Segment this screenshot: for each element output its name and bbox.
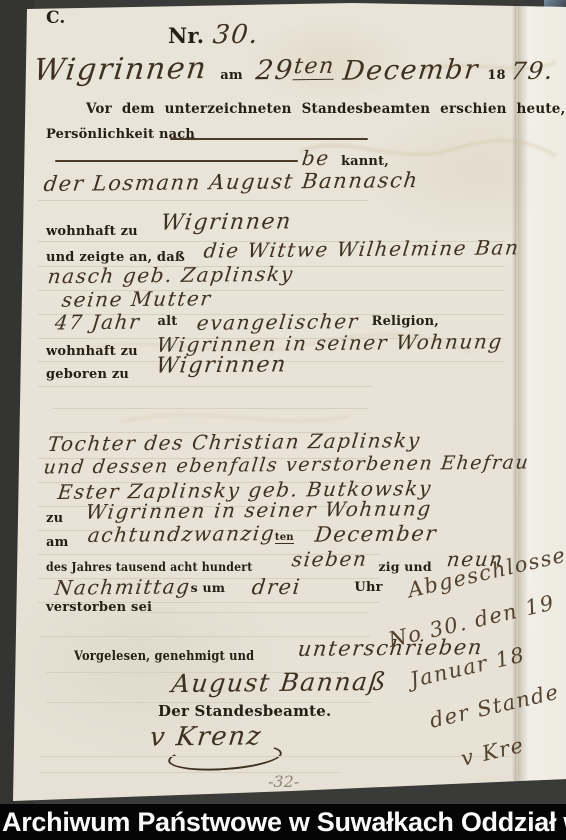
zu-label: zu bbox=[46, 511, 63, 526]
dateline-place: Wigrinnen bbox=[32, 51, 209, 88]
vorgelesen-label: Vorgelesen, genehmigt und bbox=[74, 649, 254, 664]
bekannt-print: kannt, bbox=[341, 154, 389, 169]
dateline-century: 18 bbox=[487, 68, 506, 83]
form-series-letter: C. bbox=[46, 8, 66, 28]
handdrawn-line bbox=[170, 138, 368, 140]
deceased-name-part1: die Wittwe Wilhelmine Ban bbox=[202, 235, 521, 262]
birthplace: Wigrinnen bbox=[155, 352, 289, 378]
form-rule bbox=[140, 612, 368, 613]
ten-suffix: ten bbox=[275, 532, 294, 544]
geboren-label: geboren zu bbox=[46, 367, 129, 382]
record-number-label: Nr. bbox=[168, 23, 204, 48]
wohnhaft-label: wohnhaft zu bbox=[46, 344, 138, 359]
year-tens: sieben bbox=[290, 547, 368, 572]
wohnhaft-label: wohnhaft zu bbox=[46, 224, 138, 239]
form-rule bbox=[52, 408, 368, 409]
parents-line1: Tochter des Christian Zaplinsky bbox=[46, 428, 422, 456]
dateline-year: 79. bbox=[509, 57, 555, 85]
am-label: am bbox=[46, 535, 69, 550]
form-rule bbox=[38, 200, 368, 201]
photo-backdrop: C. Nr. 30. Wigrinnen am 29ten Decembr 18… bbox=[0, 0, 566, 840]
archive-banner-text: Archiwum Państwowe w Suwałkach Oddział w… bbox=[0, 807, 566, 838]
declarant-name: der Losmann August Bannasch bbox=[42, 168, 420, 196]
declarant-residence: Wigrinnen bbox=[159, 209, 293, 235]
signature-declarant: August Bannaß bbox=[170, 667, 388, 698]
alt-label: alt bbox=[157, 314, 177, 329]
handdrawn-line bbox=[55, 160, 298, 162]
time-print-label: s um bbox=[191, 580, 226, 595]
document-page: C. Nr. 30. Wigrinnen am 29ten Decembr 18… bbox=[0, 0, 566, 812]
death-place: Wigrinnen in seiner Wohnung bbox=[85, 496, 434, 524]
standesbeamte-label: Der Standesbeamte. bbox=[158, 702, 331, 720]
dateline-am-label: am bbox=[220, 68, 243, 83]
record-number-value: 30. bbox=[212, 20, 262, 50]
dateline-day: 29 bbox=[254, 55, 295, 86]
verstorben-label: verstorben sei bbox=[46, 600, 152, 615]
archive-banner: Archiwum Państwowe w Suwałkach Oddział w… bbox=[0, 804, 566, 840]
death-day: achtundzwanzig bbox=[86, 521, 276, 547]
time-of-day: Nachmittag bbox=[54, 574, 193, 599]
death-month: December bbox=[313, 521, 438, 546]
intro-line: Vor dem unterzeichneten Standesbeamten e… bbox=[86, 101, 566, 117]
year-prefix-label: des Jahres tausend acht hundert bbox=[46, 559, 253, 574]
parents-line2: und dessen ebenfalls verstorbenen Ehefra… bbox=[42, 451, 530, 478]
dateline-day-suffix: ten bbox=[292, 53, 336, 79]
deceased-name-part2: nasch geb. Zaplinsky bbox=[47, 262, 296, 289]
pencil-page-number: -32- bbox=[268, 772, 299, 791]
time-hour: drei bbox=[251, 575, 303, 600]
religion-label: Religion, bbox=[372, 314, 439, 329]
dateline: Wigrinnen am 29ten Decembr 18 79. bbox=[34, 52, 554, 87]
age-value: 47 Jahr bbox=[54, 310, 142, 335]
bekannt-hand: be bbox=[301, 146, 332, 170]
form-rule bbox=[38, 386, 372, 387]
relation-to-declarant: seine Mutter bbox=[61, 286, 213, 312]
dateline-month: Decembr bbox=[342, 54, 481, 86]
